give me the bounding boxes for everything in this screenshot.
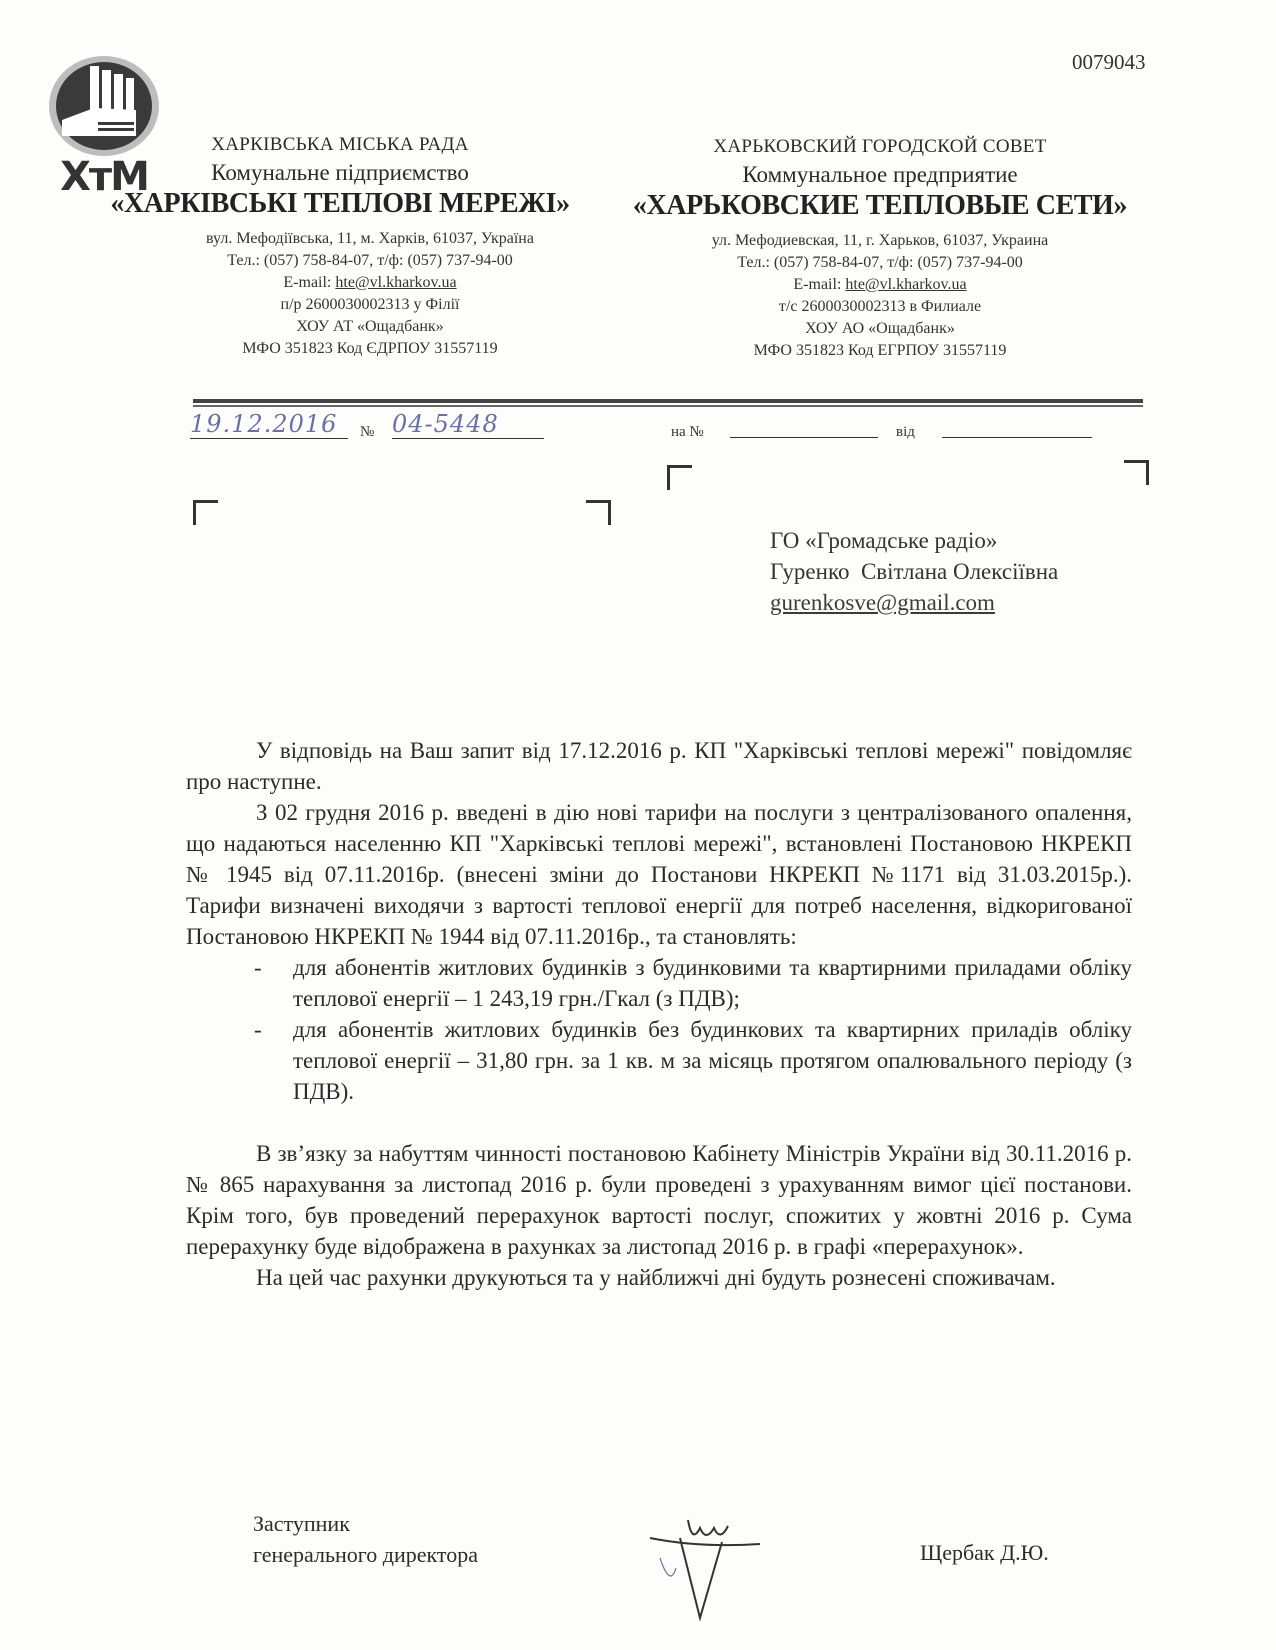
addressee-organization: ГО «Громадське радіо» bbox=[770, 525, 1058, 556]
tariff-item-unmetered-text: для абонентів житлових будинків без буди… bbox=[293, 1017, 1132, 1104]
email-link-ua[interactable]: hte@vl.kharkov.ua bbox=[335, 274, 456, 291]
handwritten-signature bbox=[640, 1508, 780, 1628]
company-name-ru: «ХАРЬКОВСКИЕ ТЕПЛОВЫЕ СЕТИ» bbox=[610, 190, 1150, 222]
reference-date-label: від bbox=[896, 424, 915, 441]
letterhead-ukrainian: ХАРКІВСЬКА МІСЬКА РАДА Комунальне підпри… bbox=[100, 134, 580, 360]
signature-scribble-icon bbox=[640, 1508, 780, 1628]
signatory-position-line1: Заступник bbox=[253, 1508, 478, 1539]
codes-ru: МФО 351823 Код ЕГРПОУ 31557119 bbox=[610, 340, 1150, 362]
city-council-ua: ХАРКІВСЬКА МІСЬКА РАДА bbox=[100, 134, 580, 156]
signatory-position: Заступник генерального директора bbox=[253, 1508, 478, 1570]
account-ru: т/с 2600030002313 в Филиале bbox=[610, 296, 1150, 318]
bullet-dash: - bbox=[254, 952, 262, 983]
account-ua: п/р 2600030002313 у Філії bbox=[160, 294, 580, 316]
tariff-item-unmetered: - для абонентів житлових будинків без бу… bbox=[186, 1014, 1132, 1107]
phone-ru: Тел.: (057) 758-84-07, т/ф: (057) 737-94… bbox=[610, 252, 1150, 274]
tariff-item-metered-text: для абонентів житлових будинків з будинк… bbox=[293, 955, 1132, 1011]
reference-number-label: на № bbox=[671, 424, 704, 441]
reference-date-blank bbox=[942, 437, 1092, 438]
corner-mark-top-right bbox=[586, 500, 611, 525]
outgoing-date-handwritten: 19.12.2016 bbox=[190, 410, 348, 439]
addressee-corner-mark-left bbox=[667, 465, 692, 490]
addressee-email[interactable]: gurenkosve@gmail.com bbox=[770, 587, 1058, 618]
outgoing-number-handwritten: 04-5448 bbox=[392, 410, 544, 439]
paragraph-intro: У відповідь на Ваш запит від 17.12.2016 … bbox=[186, 735, 1132, 797]
enterprise-type-ua: Комунальне підприємство bbox=[100, 160, 580, 186]
paragraph-gap bbox=[186, 1107, 1132, 1138]
paragraph-bills: На цей час рахунки друкуються та у найбл… bbox=[186, 1262, 1132, 1293]
paragraph-tariffs: З 02 грудня 2016 р. введені в дію нові т… bbox=[186, 797, 1132, 952]
phone-ua: Тел.: (057) 758-84-07, т/ф: (057) 737-94… bbox=[160, 250, 580, 272]
reference-number-blank bbox=[730, 437, 878, 438]
email-label-ua: E-mail: bbox=[283, 274, 335, 291]
letterhead-russian: ХАРЬКОВСКИЙ ГОРОДСКОЙ СОВЕТ Коммунальное… bbox=[610, 136, 1150, 362]
enterprise-type-ru: Коммунальное предприятие bbox=[610, 162, 1150, 188]
tariff-item-metered: - для абонентів житлових будинків з буди… bbox=[186, 952, 1132, 1014]
signatory-position-line2: генерального директора bbox=[253, 1539, 478, 1570]
email-line-ua: E-mail: hte@vl.kharkov.ua bbox=[160, 272, 580, 294]
bank-ru: ХОУ АО «Ощадбанк» bbox=[610, 318, 1150, 340]
email-link-ru[interactable]: hte@vl.kharkov.ua bbox=[845, 276, 966, 293]
addressee-block: ГО «Громадське радіо» Гуренко Світлана О… bbox=[770, 525, 1058, 618]
paragraph-recalculation: В зв’язку за набуттям чинності постаново… bbox=[186, 1138, 1132, 1262]
outgoing-number-label: № bbox=[360, 424, 374, 441]
addressee-corner-mark-right bbox=[1124, 460, 1149, 485]
address-ua: вул. Мефодіївська, 11, м. Харків, 61037,… bbox=[160, 228, 580, 250]
company-details-ru: ул. Мефодиевская, 11, г. Харьков, 61037,… bbox=[610, 230, 1150, 362]
company-details-ua: вул. Мефодіївська, 11, м. Харків, 61037,… bbox=[160, 228, 580, 360]
document-number: 0079043 bbox=[1072, 50, 1146, 75]
letter-body: У відповідь на Ваш запит від 17.12.2016 … bbox=[186, 735, 1132, 1293]
email-line-ru: E-mail: hte@vl.kharkov.ua bbox=[610, 274, 1150, 296]
email-label-ru: E-mail: bbox=[793, 276, 845, 293]
address-ru: ул. Мефодиевская, 11, г. Харьков, 61037,… bbox=[610, 230, 1150, 252]
codes-ua: МФО 351823 Код ЄДРПОУ 31557119 bbox=[160, 338, 580, 360]
city-council-ru: ХАРЬКОВСКИЙ ГОРОДСКОЙ СОВЕТ bbox=[610, 136, 1150, 158]
header-divider-thin bbox=[193, 405, 1143, 407]
bullet-dash: - bbox=[254, 1014, 262, 1045]
corner-mark-top-left bbox=[193, 500, 218, 525]
bank-ua: ХОУ АТ «Ощадбанк» bbox=[160, 316, 580, 338]
company-name-ua: «ХАРКІВСЬКІ ТЕПЛОВІ МЕРЕЖІ» bbox=[100, 188, 580, 220]
addressee-person: Гуренко Світлана Олексіївна bbox=[770, 556, 1058, 587]
signatory-name: Щербак Д.Ю. bbox=[920, 1540, 1049, 1566]
header-divider-thick bbox=[193, 399, 1143, 403]
